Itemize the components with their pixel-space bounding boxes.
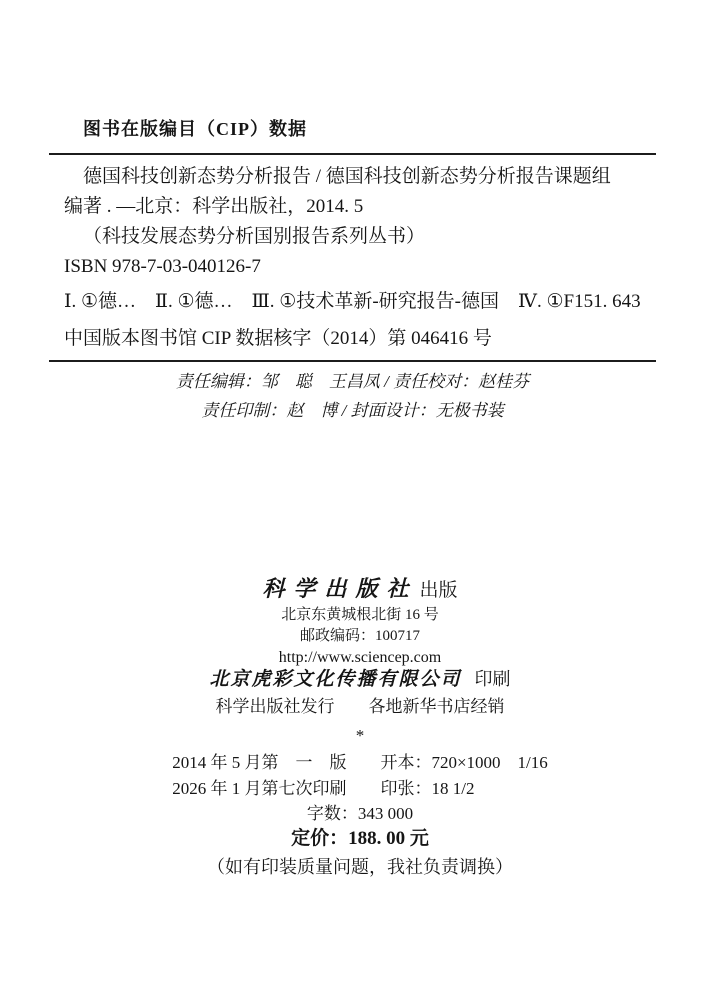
cip-series-title: （科技发展态势分析国别报告系列丛书） (64, 222, 656, 252)
cip-description-line2: 编著 . —北京：科学出版社，2014. 5 (64, 192, 656, 222)
colophon: 科学出版社出版 北京东黄城根北街 16 号 邮政编码：100717 http:/… (0, 575, 720, 883)
publisher-address: 北京东黄城根北街 16 号 (0, 605, 720, 626)
cip-description-line1: 德国科技创新态势分析报告 / 德国科技创新态势分析报告课题组 (64, 162, 656, 192)
word-count-line: 字数：343 000 (0, 802, 720, 826)
distribution-line: 科学出版社发行 各地新华书店经销 (0, 692, 720, 722)
copyright-page: 图书在版编目（CIP）数据 德国科技创新态势分析报告 / 德国科技创新态势分析报… (0, 0, 720, 1000)
cip-isbn: ISBN 978-7-03-040126-7 (64, 252, 656, 282)
publisher-suffix: 出版 (420, 580, 458, 601)
publisher-line: 科学出版社出版 (0, 575, 720, 605)
staff-credits: 责任编辑：邹 聪 王昌凤 / 责任校对：赵桂芬 责任印制：赵 博 / 封面设计：… (49, 367, 656, 425)
printer-name: 北京虎彩文化传播有限公司 (209, 669, 461, 690)
cip-header: 图书在版编目（CIP）数据 (83, 117, 656, 141)
cip-block: 图书在版编目（CIP）数据 德国科技创新态势分析报告 / 德国科技创新态势分析报… (49, 117, 656, 362)
edition-line: 2014 年 5 月第 一 版 开本：720×1000 1/16 (172, 750, 548, 776)
divider-asterisk: * (0, 722, 720, 750)
postal-code: 邮政编码：100717 (0, 626, 720, 647)
printing-credit-line: 责任印制：赵 博 / 封面设计：无极书装 (49, 396, 656, 425)
cip-registry-number: 中国版本图书馆 CIP 数据核字（2014）第 046416 号 (64, 324, 656, 354)
printing-run-line: 2026 年 1 月第七次印刷 印张：18 1/2 (172, 776, 548, 802)
publisher-website: http://www.sciencep.com (0, 647, 720, 668)
cip-classification: Ⅰ. ①德… Ⅱ. ①德… Ⅲ. ①技术革新-研究报告-德国 Ⅳ. ①F151.… (64, 287, 656, 317)
science-press-logo: 科学出版社 (262, 576, 417, 601)
cip-bottom-rule (49, 360, 656, 362)
printer-suffix: 印刷 (475, 669, 511, 689)
editor-credit-line: 责任编辑：邹 聪 王昌凤 / 责任校对：赵桂芬 (49, 367, 656, 396)
cip-body: 德国科技创新态势分析报告 / 德国科技创新态势分析报告课题组 编著 . —北京：… (49, 155, 656, 360)
printer-line: 北京虎彩文化传播有限公司印刷 (0, 668, 720, 692)
quality-notice: （如有印装质量问题，我社负责调换） (0, 851, 720, 883)
edition-block: 2014 年 5 月第 一 版 开本：720×1000 1/16 2026 年 … (172, 750, 548, 802)
price-line: 定价：188. 00 元 (0, 826, 720, 851)
